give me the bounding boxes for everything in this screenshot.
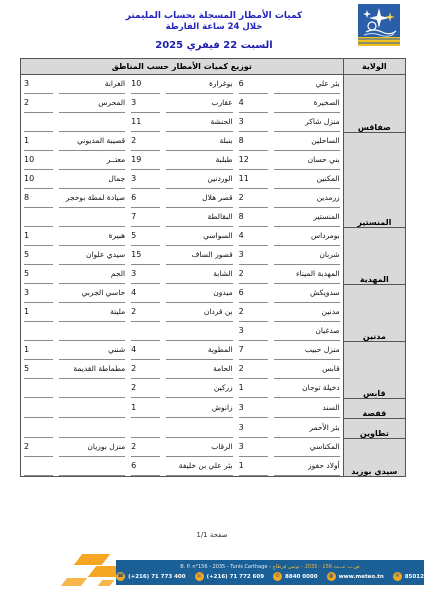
station-value-cell: 2 bbox=[236, 265, 271, 284]
station-value-cell: 3 bbox=[236, 113, 271, 132]
footer-address-fr: B. P. n°156 - 2035 - Tunis Carthage - bbox=[180, 564, 271, 570]
station-name: الغرابة bbox=[59, 75, 125, 94]
station-name-cell: دخيلة توجان bbox=[271, 379, 343, 398]
station-name-cell: هبيرة bbox=[56, 227, 128, 246]
station-name: مطماطة القديمة bbox=[59, 360, 125, 379]
footer-address: B. P. n°156 - 2035 - Tunis Carthage - ص.… bbox=[180, 564, 359, 570]
footer-slash-decoration bbox=[98, 580, 115, 586]
station-value: 7 bbox=[131, 208, 160, 227]
station-value: 11 bbox=[239, 170, 268, 189]
station-value-cell: 2 bbox=[236, 189, 271, 208]
station-name-cell: المكنين bbox=[271, 170, 343, 189]
station-name: دخيلة توجان bbox=[274, 379, 340, 398]
station-value-cell: 10 bbox=[21, 151, 56, 170]
station-value bbox=[131, 322, 160, 341]
table-row: قابسمنزل حبيب7المطوية4شنني1 bbox=[21, 341, 406, 360]
station-name-cell: سيدي علوان bbox=[56, 246, 128, 265]
station-value: 8 bbox=[24, 189, 53, 208]
footer-fax: ☏ (+216) 71 772 609 bbox=[195, 572, 264, 581]
station-name-cell bbox=[56, 322, 128, 341]
station-value-cell: 5 bbox=[128, 227, 163, 246]
station-name: الصخيرة bbox=[274, 94, 340, 113]
governorate-cell: قفصة bbox=[343, 398, 405, 418]
station-value bbox=[24, 322, 53, 341]
footer-call-center: ✆ 8840 0000 bbox=[273, 572, 318, 581]
footer-bar: B. P. n°156 - 2035 - Tunis Carthage - ص.… bbox=[116, 560, 424, 585]
station-name-cell: صدغيان bbox=[271, 322, 343, 341]
station-name: المنستير bbox=[274, 208, 340, 227]
station-name-cell: منزل بوزيان bbox=[56, 438, 128, 457]
station-value-cell: 2 bbox=[128, 360, 163, 379]
station-name: أولاد حفوز bbox=[274, 457, 340, 476]
station-value: 1 bbox=[24, 341, 53, 360]
station-value-cell: 2 bbox=[21, 94, 56, 113]
station-name: سيدي علوان bbox=[59, 246, 125, 265]
station-name bbox=[59, 208, 125, 227]
station-name-cell: حاسي الجربي bbox=[56, 284, 128, 303]
station-name-cell: الجم bbox=[56, 265, 128, 284]
station-name: الحامة bbox=[166, 360, 232, 379]
station-name: قصور الساف bbox=[166, 246, 232, 265]
station-name-cell: بن قردان bbox=[163, 303, 235, 322]
station-value-cell bbox=[21, 379, 56, 398]
footer-website: @ www.meteo.tn bbox=[327, 572, 384, 581]
station-name-cell: الحنشة bbox=[163, 113, 235, 132]
station-value: 2 bbox=[131, 379, 160, 398]
station-name-cell: ميدون bbox=[163, 284, 235, 303]
station-name: بنبلة bbox=[166, 132, 232, 151]
station-name-cell: بئر علي بن خليفة bbox=[163, 457, 235, 477]
station-value: 19 bbox=[131, 151, 160, 170]
distribution-column-header: توزيع كميات الأمطار حسب المناطق bbox=[21, 59, 344, 75]
station-value-cell: 1 bbox=[21, 132, 56, 151]
station-name-cell: مطماطة القديمة bbox=[56, 360, 128, 379]
station-name bbox=[166, 322, 232, 341]
table-row: صفاقسبئر علي6بوغرارة10الغرابة3 bbox=[21, 75, 406, 95]
station-value-cell bbox=[21, 208, 56, 227]
station-value-cell: 3 bbox=[236, 418, 271, 438]
station-name-cell: قصور الساف bbox=[163, 246, 235, 265]
station-name: مليتة bbox=[59, 303, 125, 322]
governorate-cell: قابس bbox=[343, 341, 405, 398]
station-name: معتــر bbox=[59, 151, 125, 170]
station-value-cell: 7 bbox=[236, 341, 271, 360]
station-name: مدنين bbox=[274, 303, 340, 322]
station-value: 3 bbox=[24, 75, 53, 94]
station-name bbox=[166, 419, 232, 438]
call-center-icon: ✆ bbox=[273, 572, 282, 581]
station-value: 5 bbox=[24, 360, 53, 379]
station-value: 1 bbox=[239, 379, 268, 398]
station-value-cell: 1 bbox=[21, 341, 56, 360]
station-value-cell: 11 bbox=[128, 113, 163, 132]
station-value: 1 bbox=[131, 399, 160, 418]
governorate-column-header: الولاية bbox=[343, 59, 405, 75]
station-value: 2 bbox=[24, 438, 53, 457]
station-name: جمال bbox=[59, 170, 125, 189]
station-name bbox=[59, 419, 125, 438]
station-name: الشابة bbox=[166, 265, 232, 284]
station-value-cell: 2 bbox=[128, 132, 163, 151]
station-value bbox=[24, 419, 53, 438]
station-name-cell: معتــر bbox=[56, 151, 128, 170]
station-name: المكنين bbox=[274, 170, 340, 189]
station-name: السواسي bbox=[166, 227, 232, 246]
station-value bbox=[24, 208, 53, 227]
governorate-cell: سيدي بوزيد bbox=[343, 438, 405, 477]
station-name: طبلبة bbox=[166, 151, 232, 170]
station-value-cell: 1 bbox=[21, 303, 56, 322]
station-name: ميدون bbox=[166, 284, 232, 303]
station-value-cell: 4 bbox=[236, 94, 271, 113]
station-value-cell bbox=[21, 113, 56, 132]
station-value: 4 bbox=[131, 284, 160, 303]
station-value-cell: 1 bbox=[236, 457, 271, 477]
station-value-cell: 6 bbox=[128, 189, 163, 208]
station-name-cell: عقارب bbox=[163, 94, 235, 113]
document-header: كميات الأمطار المسجلة بحساب المليمتر خلا… bbox=[0, 0, 424, 56]
station-name: الرقاب bbox=[166, 438, 232, 457]
station-name-cell: الشابة bbox=[163, 265, 235, 284]
station-value: 1 bbox=[24, 227, 53, 246]
station-name: بئر علي bbox=[274, 75, 340, 94]
station-value-cell: 6 bbox=[128, 457, 163, 477]
station-name-cell bbox=[56, 379, 128, 398]
station-name bbox=[59, 457, 125, 476]
governorate-cell: مدنين bbox=[343, 284, 405, 341]
station-value-cell: 6 bbox=[236, 75, 271, 95]
station-name-cell: الغرابة bbox=[56, 75, 128, 95]
table-row: سيدي بوزيدالمكناسي3الرقاب2منزل بوزيان2 bbox=[21, 438, 406, 457]
footer-sms: ✉ 85012 bbox=[393, 572, 424, 581]
page-number: صفحة 1/1 bbox=[0, 531, 424, 539]
globe-icon: @ bbox=[327, 572, 336, 581]
station-value: 6 bbox=[131, 457, 160, 476]
station-value-cell: 2 bbox=[236, 360, 271, 379]
station-name-cell: الساحلين bbox=[271, 132, 343, 151]
footer-call-center-number: 8840 0000 bbox=[285, 574, 318, 580]
station-value-cell: 6 bbox=[236, 284, 271, 303]
footer-phone: ☎ (+216) 71 773 400 bbox=[116, 572, 185, 581]
station-value: 3 bbox=[239, 246, 268, 265]
station-value-cell: 8 bbox=[236, 132, 271, 151]
station-value-cell: 1 bbox=[236, 379, 271, 398]
station-name-cell: قصيبة المديوني bbox=[56, 132, 128, 151]
station-name-cell: البقالطة bbox=[163, 208, 235, 227]
station-value: 1 bbox=[24, 132, 53, 151]
station-name-cell: الرقاب bbox=[163, 438, 235, 457]
station-name-cell: زرمدين bbox=[271, 189, 343, 208]
station-name: بن قردان bbox=[166, 303, 232, 322]
station-value-cell bbox=[21, 398, 56, 418]
governorate-cell: صفاقس bbox=[343, 75, 405, 133]
station-name: شربان bbox=[274, 246, 340, 265]
station-name-cell: الحامة bbox=[163, 360, 235, 379]
station-value: 3 bbox=[239, 322, 268, 341]
station-name-cell bbox=[56, 418, 128, 438]
station-name-cell: منزل شاكر bbox=[271, 113, 343, 132]
station-value: 2 bbox=[239, 360, 268, 379]
station-value-cell bbox=[21, 418, 56, 438]
station-value-cell: 12 bbox=[236, 151, 271, 170]
station-value: 1 bbox=[239, 457, 268, 476]
station-value: 4 bbox=[131, 341, 160, 360]
station-name-cell: جمال bbox=[56, 170, 128, 189]
station-name bbox=[59, 322, 125, 341]
station-name-cell bbox=[56, 208, 128, 227]
footer-fax-number: (+216) 71 772 609 bbox=[207, 574, 264, 580]
station-value-cell: 2 bbox=[128, 303, 163, 322]
station-value-cell: 2 bbox=[21, 438, 56, 457]
station-name: الحنشة bbox=[166, 113, 232, 132]
table-row: مدنينسدويكش6ميدون4حاسي الجربي3 bbox=[21, 284, 406, 303]
station-value-cell: 3 bbox=[21, 75, 56, 95]
footer-slash-decoration bbox=[61, 578, 87, 586]
title-line1: كميات الأمطار المسجلة بحساب المليمتر bbox=[114, 10, 314, 22]
station-value: 4 bbox=[239, 227, 268, 246]
station-name-cell: شنني bbox=[56, 341, 128, 360]
governorate-cell: المنستير bbox=[343, 132, 405, 227]
station-name: بوغرارة bbox=[166, 75, 232, 94]
table-row: تطاوينبئر الأحمر3 bbox=[21, 418, 406, 438]
table-row: قفصةالسند3زانوش1 bbox=[21, 398, 406, 418]
station-name: شنني bbox=[59, 341, 125, 360]
station-value-cell: 4 bbox=[236, 227, 271, 246]
station-name: حاسي الجربي bbox=[59, 284, 125, 303]
station-value: 2 bbox=[131, 438, 160, 457]
station-value-cell: 19 bbox=[128, 151, 163, 170]
station-name-cell bbox=[56, 398, 128, 418]
station-value: 2 bbox=[239, 303, 268, 322]
station-value: 4 bbox=[239, 94, 268, 113]
station-name: بئر علي بن خليفة bbox=[166, 457, 232, 476]
station-value: 5 bbox=[24, 265, 53, 284]
station-name: الوردنين bbox=[166, 170, 232, 189]
station-value-cell: 3 bbox=[236, 246, 271, 265]
station-name: المكناسي bbox=[274, 438, 340, 457]
station-name: عقارب bbox=[166, 94, 232, 113]
station-name-cell: مدنين bbox=[271, 303, 343, 322]
governorate-cell: المهدية bbox=[343, 227, 405, 284]
station-value: 3 bbox=[239, 113, 268, 132]
station-value-cell: 5 bbox=[21, 246, 56, 265]
station-name-cell: بنبلة bbox=[163, 132, 235, 151]
station-name: منزل شاكر bbox=[274, 113, 340, 132]
station-name-cell: سدويكش bbox=[271, 284, 343, 303]
footer-website-url: www.meteo.tn bbox=[339, 574, 384, 580]
station-value-cell: 15 bbox=[128, 246, 163, 265]
station-value: 2 bbox=[24, 94, 53, 113]
station-value-cell: 3 bbox=[236, 398, 271, 418]
station-name-cell: المحرس bbox=[56, 94, 128, 113]
station-value: 3 bbox=[239, 399, 268, 418]
station-name-cell: بني حسان bbox=[271, 151, 343, 170]
document-page: كميات الأمطار المسجلة بحساب المليمتر خلا… bbox=[0, 0, 424, 600]
document-titles: كميات الأمطار المسجلة بحساب المليمتر خلا… bbox=[114, 10, 314, 51]
inm-logo-graphic bbox=[358, 4, 400, 46]
station-name: زركين bbox=[166, 379, 232, 398]
station-value-cell: 8 bbox=[21, 189, 56, 208]
station-name: زرمدين bbox=[274, 189, 340, 208]
table-row: المهديةبومرداس4السواسي5هبيرة1 bbox=[21, 227, 406, 246]
station-name-cell: زركين bbox=[163, 379, 235, 398]
station-value-cell: 5 bbox=[21, 265, 56, 284]
station-name-cell: مليتة bbox=[56, 303, 128, 322]
station-value bbox=[131, 419, 160, 438]
station-value-cell: 2 bbox=[236, 303, 271, 322]
station-value-cell: 3 bbox=[128, 94, 163, 113]
rain-table-body: صفاقسبئر علي6بوغرارة10الغرابة3الصخيرة4عق… bbox=[21, 75, 406, 477]
station-name: بئر الأحمر bbox=[274, 419, 340, 438]
station-value: 6 bbox=[239, 284, 268, 303]
station-name: المحرس bbox=[59, 94, 125, 113]
station-name bbox=[59, 399, 125, 418]
station-value-cell bbox=[128, 322, 163, 341]
station-value bbox=[24, 399, 53, 418]
station-name: الجم bbox=[59, 265, 125, 284]
station-name-cell: بومرداس bbox=[271, 227, 343, 246]
station-value-cell: 3 bbox=[236, 322, 271, 341]
station-value bbox=[24, 457, 53, 476]
station-name-cell: شربان bbox=[271, 246, 343, 265]
station-value-cell: 7 bbox=[128, 208, 163, 227]
station-name: البقالطة bbox=[166, 208, 232, 227]
station-name-cell: السند bbox=[271, 398, 343, 418]
station-name-cell: زانوش bbox=[163, 398, 235, 418]
title-date: السبت 22 فيفري 2025 bbox=[114, 40, 314, 51]
station-value: 2 bbox=[131, 360, 160, 379]
station-name-cell: المنستير bbox=[271, 208, 343, 227]
station-name bbox=[59, 113, 125, 132]
table-header-row: الولاية توزيع كميات الأمطار حسب المناطق bbox=[21, 59, 406, 75]
station-name-cell: السواسي bbox=[163, 227, 235, 246]
station-name: منزل بوزيان bbox=[59, 438, 125, 457]
station-value: 2 bbox=[239, 265, 268, 284]
station-value-cell: 4 bbox=[128, 284, 163, 303]
station-value-cell: 3 bbox=[128, 265, 163, 284]
station-value: 8 bbox=[239, 208, 268, 227]
station-name: صدغيان bbox=[274, 322, 340, 341]
station-value-cell: 3 bbox=[236, 438, 271, 457]
station-value-cell: 11 bbox=[236, 170, 271, 189]
station-value-cell bbox=[21, 457, 56, 477]
station-name-cell: طبلبة bbox=[163, 151, 235, 170]
station-value bbox=[24, 113, 53, 132]
station-name-cell: بئر الأحمر bbox=[271, 418, 343, 438]
station-value: 3 bbox=[24, 284, 53, 303]
station-name: قابس bbox=[274, 360, 340, 379]
station-value-cell: 3 bbox=[128, 170, 163, 189]
station-value-cell bbox=[128, 418, 163, 438]
footer-phone-number: (+216) 71 773 400 bbox=[128, 574, 185, 580]
station-value-cell: 10 bbox=[128, 75, 163, 95]
footer: B. P. n°156 - 2035 - Tunis Carthage - ص.… bbox=[0, 554, 424, 592]
station-value: 10 bbox=[24, 151, 53, 170]
title-line2: خلال 24 ساعة الفارطة bbox=[114, 22, 314, 33]
station-name-cell bbox=[163, 418, 235, 438]
station-value: 6 bbox=[239, 75, 268, 94]
station-name: صيادة لمطة بوحجر bbox=[59, 189, 125, 208]
station-value-cell: 8 bbox=[236, 208, 271, 227]
station-value: 3 bbox=[239, 419, 268, 438]
station-name-cell: بئر علي bbox=[271, 75, 343, 95]
station-value: 10 bbox=[131, 75, 160, 94]
governorate-cell: تطاوين bbox=[343, 418, 405, 438]
mail-icon: ✉ bbox=[393, 572, 402, 581]
station-name bbox=[59, 379, 125, 398]
station-value: 3 bbox=[131, 265, 160, 284]
station-name-cell: المكناسي bbox=[271, 438, 343, 457]
station-name: قصر هلال bbox=[166, 189, 232, 208]
station-name: سدويكش bbox=[274, 284, 340, 303]
station-name: بني حسان bbox=[274, 151, 340, 170]
station-value: 6 bbox=[131, 189, 160, 208]
station-name-cell: صيادة لمطة بوحجر bbox=[56, 189, 128, 208]
station-value bbox=[24, 379, 53, 398]
footer-slash-decoration bbox=[74, 554, 111, 565]
station-name: الساحلين bbox=[274, 132, 340, 151]
station-value: 7 bbox=[239, 341, 268, 360]
table-row: المنستيرالساحلين8بنبلة2قصيبة المديوني1 bbox=[21, 132, 406, 151]
station-value-cell: 1 bbox=[128, 398, 163, 418]
station-value-cell bbox=[21, 322, 56, 341]
station-value: 3 bbox=[239, 438, 268, 457]
station-value-cell: 10 bbox=[21, 170, 56, 189]
station-name: منزل حبيب bbox=[274, 341, 340, 360]
station-name-cell bbox=[163, 322, 235, 341]
station-value: 2 bbox=[131, 303, 160, 322]
station-name: زانوش bbox=[166, 399, 232, 418]
station-value: 10 bbox=[24, 170, 53, 189]
station-value: 2 bbox=[239, 189, 268, 208]
station-value: 3 bbox=[131, 170, 160, 189]
station-name-cell: أولاد حفوز bbox=[271, 457, 343, 477]
station-name: المطوية bbox=[166, 341, 232, 360]
station-value: 5 bbox=[24, 246, 53, 265]
rainfall-table: الولاية توزيع كميات الأمطار حسب المناطق … bbox=[20, 58, 406, 477]
station-name-cell bbox=[56, 113, 128, 132]
station-name-cell bbox=[56, 457, 128, 477]
station-value-cell: 2 bbox=[128, 379, 163, 398]
station-value: 8 bbox=[239, 132, 268, 151]
station-value-cell: 4 bbox=[128, 341, 163, 360]
station-name: هبيرة bbox=[59, 227, 125, 246]
inm-logo bbox=[358, 4, 400, 46]
station-value: 1 bbox=[24, 303, 53, 322]
station-name: قصيبة المديوني bbox=[59, 132, 125, 151]
station-value: 5 bbox=[131, 227, 160, 246]
station-name-cell: بوغرارة bbox=[163, 75, 235, 95]
station-value: 2 bbox=[131, 132, 160, 151]
station-value-cell: 2 bbox=[128, 438, 163, 457]
station-name: المهدية الميناء bbox=[274, 265, 340, 284]
station-name-cell: منزل حبيب bbox=[271, 341, 343, 360]
station-value: 11 bbox=[131, 113, 160, 132]
station-name-cell: قصر هلال bbox=[163, 189, 235, 208]
station-name: بومرداس bbox=[274, 227, 340, 246]
station-value: 15 bbox=[131, 246, 160, 265]
footer-sms-number: 85012 bbox=[405, 574, 424, 580]
station-value-cell: 3 bbox=[21, 284, 56, 303]
station-name: السند bbox=[274, 399, 340, 418]
phone-icon: ☎ bbox=[116, 572, 125, 581]
station-value: 3 bbox=[131, 94, 160, 113]
station-value-cell: 5 bbox=[21, 360, 56, 379]
station-name-cell: قابس bbox=[271, 360, 343, 379]
station-value: 12 bbox=[239, 151, 268, 170]
fax-icon: ☏ bbox=[195, 572, 204, 581]
footer-address-ar: ص.ب عـــدد 156 - 2035 - تونس قرطاج bbox=[272, 564, 359, 570]
